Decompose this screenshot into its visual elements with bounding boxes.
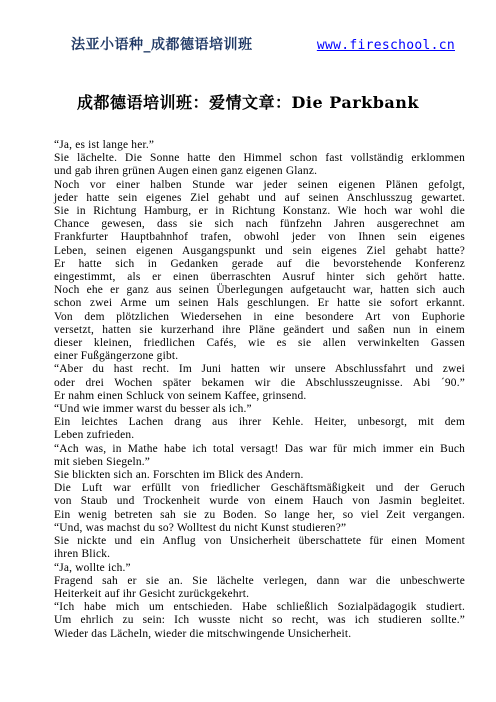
text-line: ihren Blick. [54,548,465,561]
text-line: Noch vor einer halben Stunde war jeder s… [54,179,465,192]
text-line: mit sieben Siegeln.” [54,456,465,469]
text-line: dieser kleinen, friedlichen Cafés, wie e… [54,337,465,350]
site-brand-text: 法亚小语种_成都德语培训班 [71,34,253,54]
text-line: von Staub und Trockenheit wurde von eine… [54,495,465,508]
text-line: Fragend sah er sie an. Sie lächelte verl… [54,575,465,588]
article-body: “Ja, es ist lange her.”Sie lächelte. Die… [54,139,465,641]
text-line: Er hatte sich in Gedanken gerade auf die… [54,258,465,271]
text-line: “Ja, es ist lange her.” [54,139,465,152]
text-line: Wieder das Lächeln, wieder die mitschwin… [54,628,465,641]
text-line: einer Fußgängerzone gibt. [54,350,465,363]
text-line: Ein leichtes Lachen drang aus ihrer Kehl… [54,416,465,429]
text-line: eingestimmt, als er einen überraschten A… [54,271,465,284]
text-line: “Ach was, in Mathe habe ich total versag… [54,443,465,456]
text-line: Sie nickte und ein Anflug von Unsicherhe… [54,535,465,548]
text-line: Ein wenig betreten sah sie zu Boden. So … [54,509,465,522]
page-title: 成都德语培训班：爱情文章：Die Parkbank [0,90,496,113]
text-line: Leben, seinen eigenen Ausgangspunkt und … [54,245,465,258]
text-line: Sie blickten sich an. Forschten im Blick… [54,469,465,482]
text-line: Leben zufrieden. [54,429,465,442]
text-line: Frankfurter Hauptbahnhof trafen, obwohl … [54,231,465,244]
text-line: und gab ihren grünen Augen einen ganz ei… [54,165,465,178]
text-line: “Und wie immer warst du besser als ich.” [54,403,465,416]
text-line: oder drei Wochen später bekamen wir die … [54,377,465,390]
text-line: Von dem plötzlichen Wiedersehen in eine … [54,311,465,324]
text-line: schon zwei Arme um seinen Hals geschlung… [54,297,465,310]
text-line: “Und, was machst du so? Wolltest du nich… [54,522,465,535]
text-line: jeder hatte sein eigenes Ziel gehabt und… [54,192,465,205]
text-line: “Ja, wollte ich.” [54,562,465,575]
site-url-link[interactable]: www.fireschool.cn [317,38,455,53]
page-header: 法亚小语种_成都德语培训班 www.fireschool.cn [0,0,496,54]
text-line: Sie lächelte. Die Sonne hatte den Himmel… [54,152,465,165]
text-line: “Ich habe mich um entschieden. Habe schl… [54,601,465,614]
text-line: Noch ehe er ganz aus seinen Überlegungen… [54,284,465,297]
text-line: Heiterkeit auf ihr Gesicht zurückgekehrt… [54,588,465,601]
page: 法亚小语种_成都德语培训班 www.fireschool.cn 成都德语培训班：… [0,0,496,702]
text-line: versetzt, hatten sie kurzerhand ihre Plä… [54,324,465,337]
text-line: Die Luft war erfüllt von friedlicher Ges… [54,482,465,495]
text-line: “Aber du hast recht. Im Juni hatten wir … [54,363,465,376]
text-line: Er nahm einen Schluck von seinem Kaffee,… [54,390,465,403]
text-line: Um ehrlich zu sein: Ich wusste nicht so … [54,614,465,627]
text-line: Chance gewesen, dass sie sich nach fünfz… [54,218,465,231]
text-line: Sie in Richtung Hamburg, er in Richtung … [54,205,465,218]
